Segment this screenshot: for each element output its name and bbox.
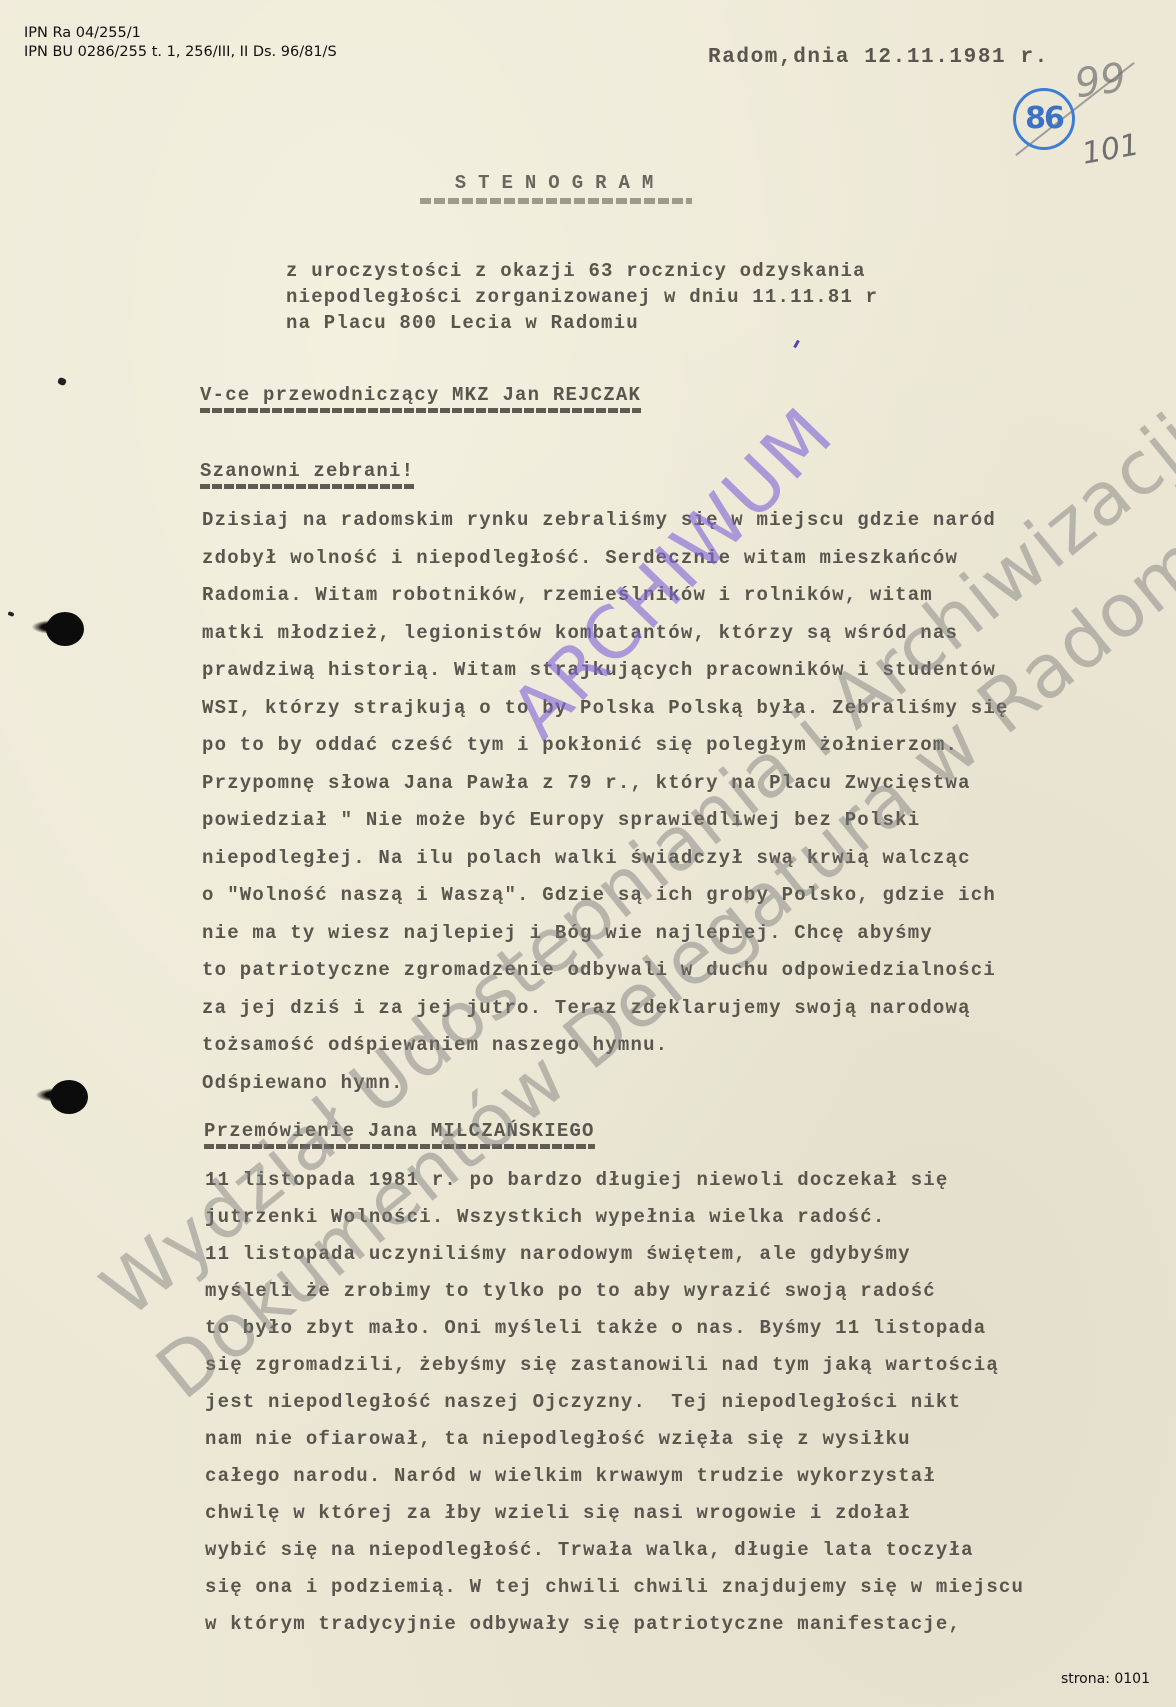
subtitle-line: z uroczystości z okazji 63 rocznicy odzy… bbox=[286, 258, 878, 284]
ink-speck bbox=[7, 611, 14, 617]
body-line: Odśpiewano hymn. bbox=[202, 1065, 1009, 1103]
folio-stamp: 86 bbox=[1013, 88, 1075, 150]
body-line: Radomia. Witam robotników, rzemieślników… bbox=[202, 577, 1009, 615]
body-line: 11 listopada 1981 r. po bardzo długiej n… bbox=[205, 1162, 1024, 1199]
body-line: w którym tradycyjnie odbywały się patrio… bbox=[205, 1606, 1024, 1643]
speaker1-heading: V-ce przewodniczący MKZ Jan REJCZAK bbox=[200, 384, 641, 413]
body-line: prawdziwą historią. Witam strajkujących … bbox=[202, 652, 1009, 690]
page-number: strona: 0101 bbox=[1061, 1671, 1150, 1687]
body-line: 11 listopada uczyniliśmy narodowym święt… bbox=[205, 1236, 1024, 1273]
speaker1-body: Dzisiaj na radomskim rynku zebraliśmy si… bbox=[202, 502, 1009, 1102]
body-line: to patriotyczne zgromadzenie odbywali w … bbox=[202, 952, 1009, 990]
subtitle-line: na Placu 800 Lecia w Radomiu bbox=[286, 310, 878, 336]
speaker2-body: 11 listopada 1981 r. po bardzo długiej n… bbox=[205, 1162, 1024, 1643]
title-double-underline bbox=[420, 198, 692, 204]
body-line: to było zbyt mało. Oni myśleli także o n… bbox=[205, 1310, 1024, 1347]
punch-hole bbox=[46, 612, 84, 646]
body-line: za jej dziś i za jej jutro. Teraz zdekla… bbox=[202, 990, 1009, 1028]
body-line: się zgromadzili, żebyśmy się zastanowili… bbox=[205, 1347, 1024, 1384]
archive-reference: IPN Ra 04/255/1 IPN BU 0286/255 t. 1, 25… bbox=[24, 24, 337, 62]
subtitle-line: niepodległości zorganizowanej w dniu 11.… bbox=[286, 284, 878, 310]
body-line: matki młodzież, legionistów kombatantów,… bbox=[202, 615, 1009, 653]
body-line: zdobył wolność i niepodległość. Serdeczn… bbox=[202, 540, 1009, 578]
body-line: chwilę w której za łby wzieli się nasi w… bbox=[205, 1495, 1024, 1532]
body-line: niepodległej. Na ilu polach walki świadc… bbox=[202, 840, 1009, 878]
punch-hole bbox=[50, 1080, 88, 1114]
body-line: wybić się na niepodległość. Trwała walka… bbox=[205, 1532, 1024, 1569]
body-line: tożsamość odśpiewaniem naszego hymnu. bbox=[202, 1027, 1009, 1065]
speaker2-heading: Przemówienie Jana MILCZAŃSKIEGO bbox=[204, 1120, 595, 1149]
body-line: o "Wolność naszą i Waszą". Gdzie są ich … bbox=[202, 877, 1009, 915]
folio-current: 101 bbox=[1079, 127, 1141, 171]
body-line: po to by oddać cześć tym i pokłonić się … bbox=[202, 727, 1009, 765]
ink-mark bbox=[793, 340, 800, 348]
body-line: jest niepodległość naszej Ojczyzny. Tej … bbox=[205, 1384, 1024, 1421]
body-line: Dzisiaj na radomskim rynku zebraliśmy si… bbox=[202, 502, 1009, 540]
body-line: się ona i podziemią. W tej chwili chwili… bbox=[205, 1569, 1024, 1606]
folio-crossed-out: 99 bbox=[1072, 55, 1129, 108]
body-line: powiedział " Nie może być Europy sprawie… bbox=[202, 802, 1009, 840]
body-line: jutrzenki Wolności. Wszystkich wypełnia … bbox=[205, 1199, 1024, 1236]
body-line: nam nie ofiarował, ta niepodległość wzię… bbox=[205, 1421, 1024, 1458]
body-line: WSI, którzy strajkują o to by Polska Pol… bbox=[202, 690, 1009, 728]
ink-speck bbox=[57, 377, 67, 386]
body-line: całego narodu. Naród w wielkim krwawym t… bbox=[205, 1458, 1024, 1495]
heading-underline bbox=[200, 408, 641, 413]
salutation-underline bbox=[200, 484, 414, 489]
body-line: myśleli że zrobimy to tylko po to aby wy… bbox=[205, 1273, 1024, 1310]
document-subtitle: z uroczystości z okazji 63 rocznicy odzy… bbox=[286, 258, 878, 336]
body-line: nie ma ty wiesz najlepiej i Bóg wie najl… bbox=[202, 915, 1009, 953]
document-title: STENOGRAM bbox=[420, 172, 700, 194]
body-line: Przypomnę słowa Jana Pawła z 79 r., któr… bbox=[202, 765, 1009, 803]
speaker1-salutation: Szanowni zebrani! bbox=[200, 460, 414, 489]
heading-underline bbox=[204, 1144, 595, 1149]
document-date: Radom,dnia 12.11.1981 r. bbox=[708, 46, 1049, 69]
reference-line-2: IPN BU 0286/255 t. 1, 256/III, II Ds. 96… bbox=[24, 43, 337, 62]
reference-line-1: IPN Ra 04/255/1 bbox=[24, 24, 337, 43]
